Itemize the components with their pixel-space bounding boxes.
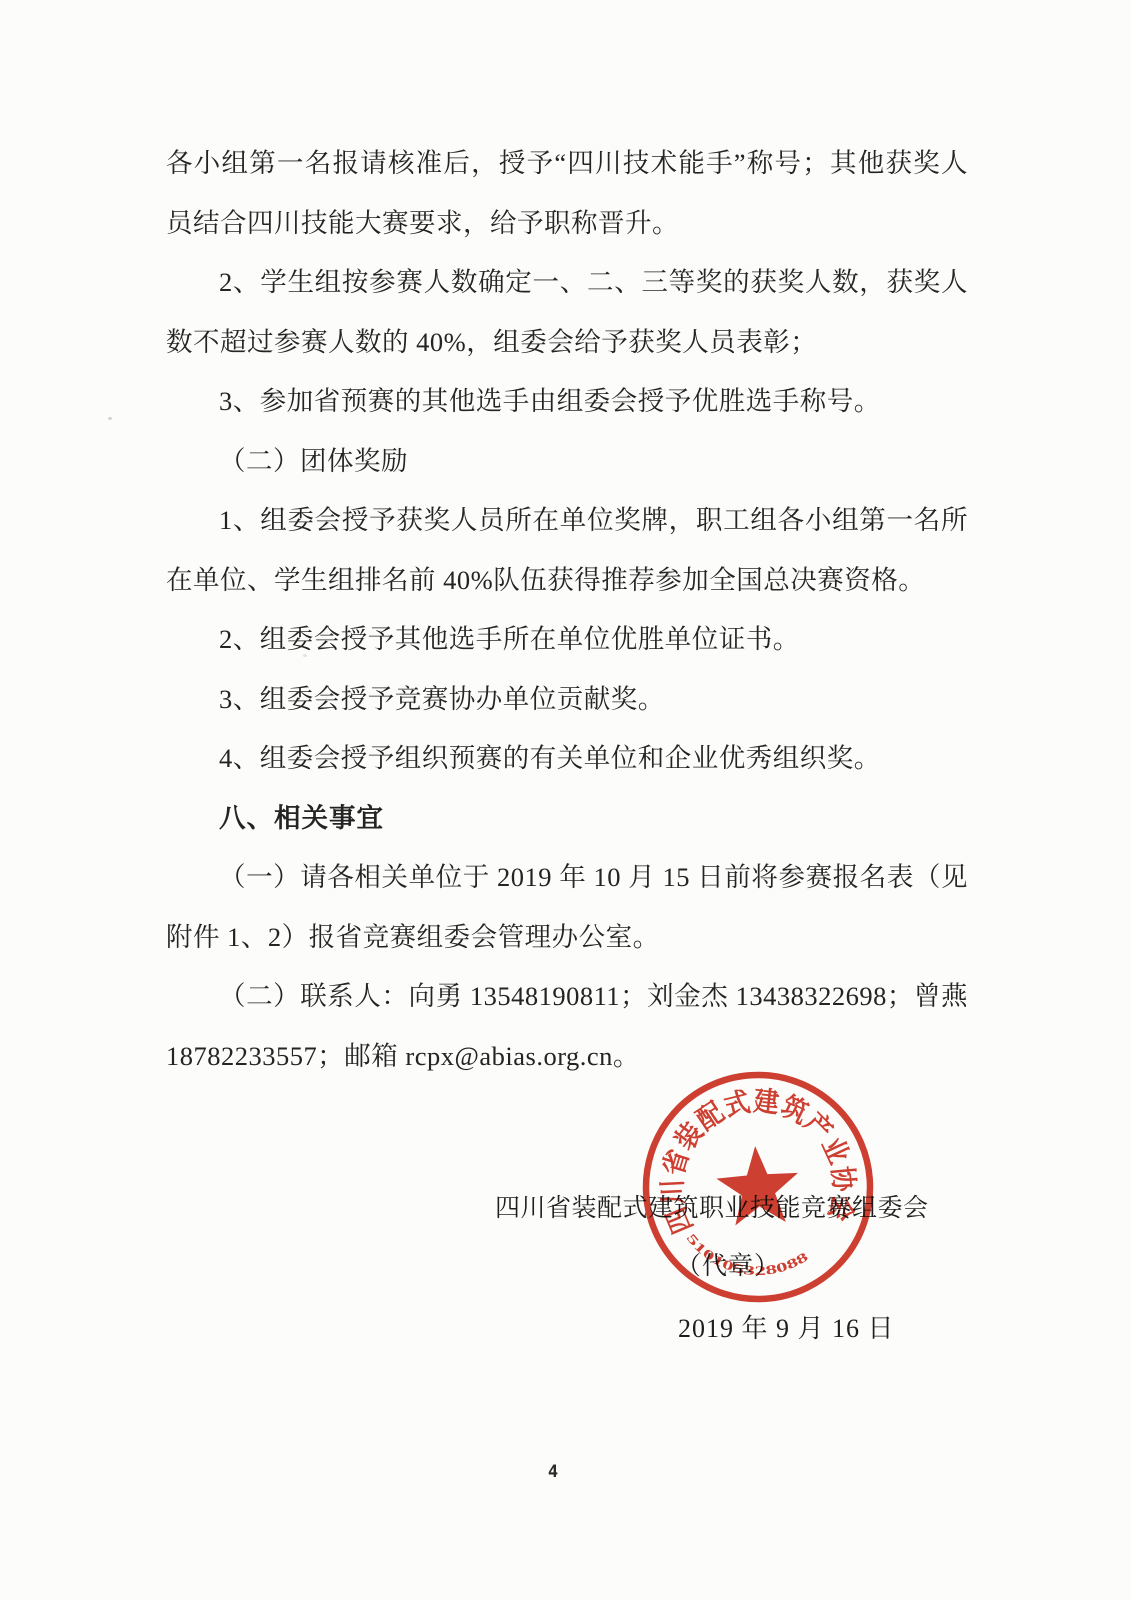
text-line: 各小组第一名报请核准后，授予“四川技术能手”称号；其他获奖人 <box>166 134 968 194</box>
text-line: 数不超过参赛人数的 40%，组委会给予获奖人员表彰； <box>166 313 968 373</box>
document-page: 各小组第一名报请核准后，授予“四川技术能手”称号；其他获奖人员结合四川技能大赛要… <box>0 0 1130 1600</box>
text-line: 3、参加省预赛的其他选手由组委会授予优胜选手称号。 <box>166 372 968 432</box>
text-line: 在单位、学生组排名前 40%队伍获得推荐参加全国总决赛资格。 <box>166 551 968 611</box>
text-line: 员结合四川技能大赛要求，给予职称晋升。 <box>166 194 968 254</box>
seal-code-text: 510105328088 <box>683 1222 812 1283</box>
body-text: 各小组第一名报请核准后，授予“四川技术能手”称号；其他获奖人员结合四川技能大赛要… <box>166 134 968 1086</box>
text-line: 1、组委会授予获奖人员所在单位奖牌，职工组各小组第一名所 <box>166 491 968 551</box>
text-line: （一）请各相关单位于 2019 年 10 月 15 日前将参赛报名表（见 <box>166 848 968 908</box>
text-line: 附件 1、2）报省竞赛组委会管理办公室。 <box>166 908 968 968</box>
text-line: （二）团体奖励 <box>166 432 968 492</box>
text-line: 2、学生组按参赛人数确定一、二、三等奖的获奖人数，获奖人 <box>166 253 968 313</box>
scan-speck <box>108 417 112 420</box>
official-seal: 四川省装配式建筑产业协会 510105328088 <box>619 1048 897 1326</box>
text-line: 3、组委会授予竞赛协办单位贡献奖。 <box>166 670 968 730</box>
text-line: （二）联系人：向勇 13548190811；刘金杰 13438322698；曾燕 <box>166 967 968 1027</box>
text-line: 4、组委会授予组织预赛的有关单位和企业优秀组织奖。 <box>166 729 968 789</box>
page-number: 4 <box>0 1462 1106 1482</box>
scan-speck <box>303 654 307 657</box>
text-line: 八、相关事宜 <box>166 789 968 849</box>
star-icon <box>714 1143 801 1226</box>
text-line: 2、组委会授予其他选手所在单位优胜单位证书。 <box>166 610 968 670</box>
